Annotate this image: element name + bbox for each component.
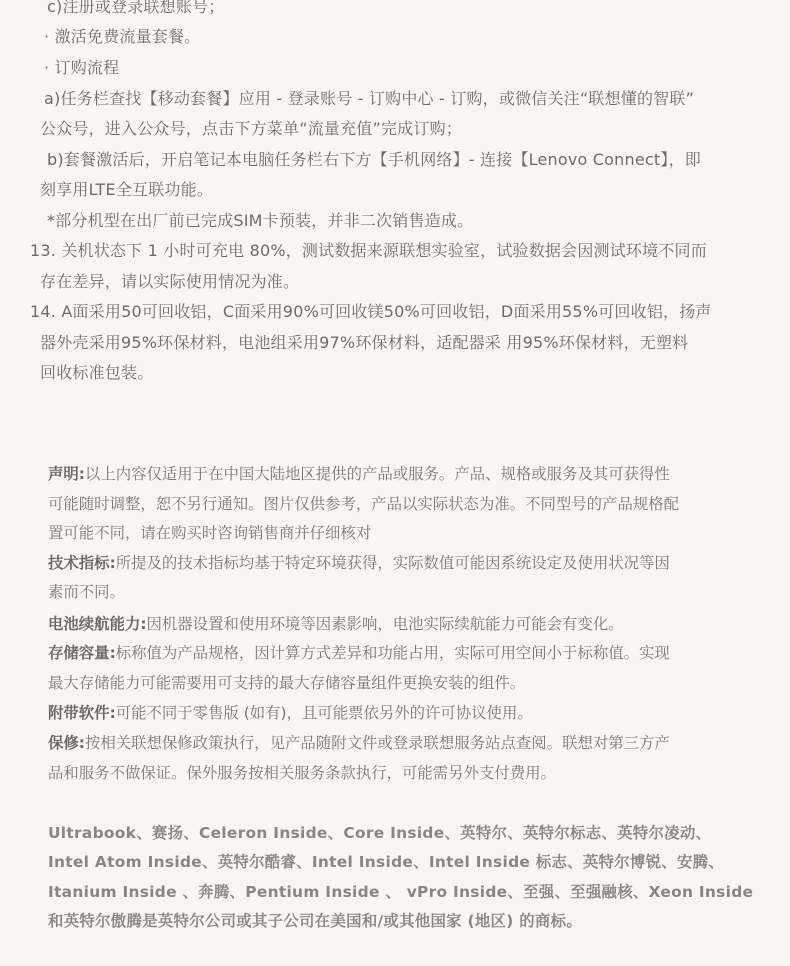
note-line: 器外壳采用95%环保材料，电池组采用97%环保材料，适配器采 用95%环保材料，… (40, 330, 688, 353)
disclaimer-text: 按相关联想保修政策执行，见产品随附文件或登录联想服务站点查阅。联想对第三方产 (85, 734, 670, 752)
note-line: · 订购流程 (44, 55, 119, 78)
disclaimer-label: 声明: (48, 465, 85, 483)
disclaimer-text: 素而不同。 (48, 583, 125, 601)
trademark-line: Itanium Inside 、奔腾、Pentium Inside 、 vPro… (48, 880, 753, 902)
trademark-line: Intel Atom Inside、英特尔酷睿、Intel Inside、Int… (48, 850, 724, 872)
disclaimer-text: 最大存储能力可能需要用可支持的最大存储容量组件更换安装的组件。 (48, 674, 525, 692)
disclaimer-label: 电池续航能力: (48, 615, 147, 633)
note-line: b)套餐激活后，开启笔记本电脑任务栏右下方【手机网络】- 连接【Lenovo C… (47, 147, 701, 170)
disclaimer-warranty: 保修:按相关联想保修政策执行，见产品随附文件或登录联想服务站点查阅。联想对第三方… (48, 731, 670, 753)
disclaimer-line: 最大存储能力可能需要用可支持的最大存储容量组件更换安装的组件。 (48, 671, 525, 693)
note-line: 回收标准包装。 (40, 360, 153, 383)
disclaimer-label: 保修: (48, 734, 85, 752)
note-item-14: 14. A面采用50可回收铝，C面采用90%可回收镁50%可回收铝，D面采用55… (30, 299, 712, 322)
note-line: c)注册或登录联想账号； (47, 0, 224, 17)
disclaimer-text: 标称值为产品规格，因计算方式差异和功能占用，实际可用空间小于标称值。实现 (116, 644, 670, 662)
note-line: 存在差异，请以实际使用情况为准。 (40, 269, 299, 292)
disclaimer-text: 可能随时调整，恕不另行通知。图片仅供参考，产品以实际状态为准。不同型号的产品规格… (48, 495, 679, 513)
note-line: *部分机型在出厂前已完成SIM卡预装，并非二次销售造成。 (47, 208, 473, 231)
disclaimer-text: 可能不同于零售版 (如有)，且可能票依另外的许可协议使用。 (116, 704, 533, 722)
disclaimer-battery: 电池续航能力:因机器设置和使用环境等因素影响，电池实际续航能力可能会有变化。 (48, 612, 624, 634)
disclaimer-label: 附带软件: (48, 704, 116, 722)
disclaimer-tech-specs: 技术指标:所提及的技术指标均基于特定环境获得，实际数值可能因系统设定及使用状况等… (48, 551, 670, 573)
trademark-line: 和英特尔傲腾是英特尔公司或其子公司在美国和/或其他国家 (地区) 的商标。 (48, 909, 582, 931)
disclaimer-text: 品和服务不做保证。保外服务按相关服务条款执行，可能需另外支付费用。 (48, 764, 556, 782)
disclaimer-label: 存储容量: (48, 644, 116, 662)
note-line: a)任务栏查找【移动套餐】应用 - 登录账号 - 订购中心 - 订购，或微信关注… (44, 86, 694, 109)
note-line: 刻享用LTE全互联功能。 (40, 177, 213, 200)
disclaimer-line: 可能随时调整，恕不另行通知。图片仅供参考，产品以实际状态为准。不同型号的产品规格… (48, 492, 679, 514)
disclaimer-text: 所提及的技术指标均基于特定环境获得，实际数值可能因系统设定及使用状况等因 (116, 554, 670, 572)
note-item-13: 13. 关机状态下 1 小时可充电 80%，测试数据来源联想实验室，试验数据会因… (30, 238, 707, 261)
disclaimer-text: 因机器设置和使用环境等因素影响，电池实际续航能力可能会有变化。 (147, 615, 624, 633)
disclaimer-label: 技术指标: (48, 554, 116, 572)
disclaimer-text: 置可能不同，请在购买时咨询销售商并仔细核对 (48, 524, 371, 542)
disclaimer-line: 品和服务不做保证。保外服务按相关服务条款执行，可能需另外支付费用。 (48, 761, 556, 783)
trademark-line: Ultrabook、赛扬、Celeron Inside、Core Inside、… (48, 821, 711, 843)
disclaimer-statement: 声明:以上内容仅适用于在中国大陆地区提供的产品或服务。产品、规格或服务及其可获得… (48, 462, 670, 484)
disclaimer-storage: 存储容量:标称值为产品规格，因计算方式差异和功能占用，实际可用空间小于标称值。实… (48, 641, 670, 663)
note-line: · 激活免费流量套餐。 (44, 24, 200, 47)
disclaimer-text: 以上内容仅适用于在中国大陆地区提供的产品或服务。产品、规格或服务及其可获得性 (85, 465, 670, 483)
disclaimer-line: 置可能不同，请在购买时咨询销售商并仔细核对 (48, 521, 371, 543)
disclaimer-software: 附带软件:可能不同于零售版 (如有)，且可能票依另外的许可协议使用。 (48, 701, 533, 723)
note-line: 公众号，进入公众号，点击下方菜单“流量充值”完成订购； (40, 116, 462, 139)
disclaimer-line: 素而不同。 (48, 580, 125, 602)
